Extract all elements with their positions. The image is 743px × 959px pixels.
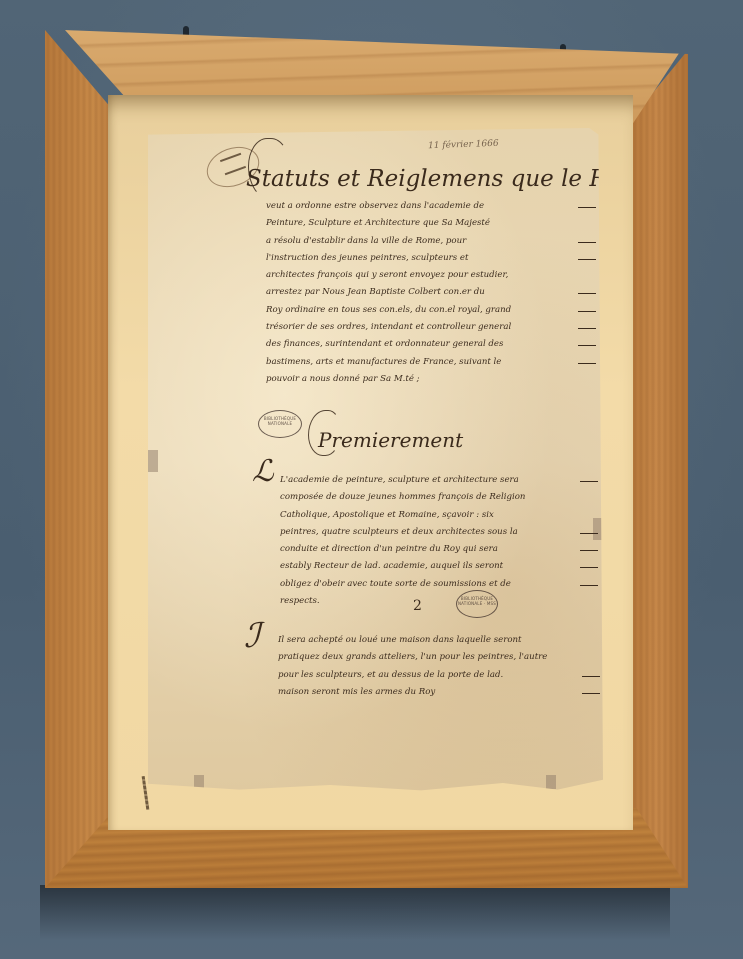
preamble-text: veut a ordonne estre observez dans l'aca…	[266, 198, 596, 388]
article-line: Catholique, Apostolique et Romaine, sçav…	[280, 507, 598, 524]
article-line: Il sera achepté ou loué une maison dans …	[278, 632, 600, 649]
article-line: peintres, quatre sculpteurs et deux arch…	[280, 524, 598, 541]
document-date: 11 février 1666	[428, 139, 499, 151]
preamble-line: bastimens, arts et manufactures de Franc…	[266, 354, 596, 371]
document-title: Statuts et Reiglemens que le Roy	[246, 166, 603, 192]
article-line: maison seront mis les armes du Roy	[278, 684, 600, 701]
drop-cap-I: ℐ	[244, 616, 260, 656]
preamble-line: l'instruction des jeunes peintres, sculp…	[266, 250, 596, 267]
preamble-line: pouvoir a nous donné par Sa M.té ;	[266, 371, 596, 388]
article-line: pratiquez deux grands atteliers, l'un po…	[278, 649, 600, 666]
preamble-line: a résolu d'establir dans la ville de Rom…	[266, 233, 596, 250]
library-stamp: BIBLIOTHÈQUE NATIONALE	[258, 410, 302, 438]
article-line: respects.	[280, 593, 598, 610]
article-2-text: Il sera achepté ou loué une maison dans …	[278, 632, 600, 701]
frame-shadow	[40, 885, 670, 940]
frame-right-rail	[626, 50, 688, 888]
article-line: conduite et direction d'un peintre du Ro…	[280, 541, 598, 558]
section-heading: Premierement	[318, 428, 463, 452]
library-stamp: BIBLIOTHÈQUE NATIONALE · MSS	[456, 590, 498, 618]
article-number: 2	[413, 598, 422, 614]
article-line: obligez d'obeir avec toute sorte de soum…	[280, 576, 598, 593]
article-1-text: L'academie de peinture, sculpture et arc…	[280, 472, 598, 610]
hinge-tape-left	[148, 450, 158, 472]
hinge-tape-bottom-right	[546, 775, 556, 789]
preamble-line: trésorier de ses ordres, intendant et co…	[266, 319, 596, 336]
preamble-line: veut a ordonne estre observez dans l'aca…	[266, 198, 596, 215]
article-line: composée de douze jeunes hommes françois…	[280, 489, 598, 506]
preamble-line: arrestez par Nous Jean Baptiste Colbert …	[266, 284, 596, 301]
article-line: estably Recteur de lad. academie, auquel…	[280, 558, 598, 575]
preamble-line: des finances, surintendant et ordonnateu…	[266, 336, 596, 353]
preamble-line: Peinture, Sculpture et Architecture que …	[266, 215, 596, 232]
article-line: pour les sculpteurs, et au dessus de la …	[278, 667, 600, 684]
manuscript-page: 11 février 1666 Statuts et Reiglemens qu…	[148, 128, 603, 793]
article-line: L'academie de peinture, sculpture et arc…	[280, 472, 598, 489]
drop-cap-L: ℒ	[252, 454, 274, 489]
preamble-line: Roy ordinaire en tous ses con.els, du co…	[266, 302, 596, 319]
preamble-line: architectes françois qui y seront envoye…	[266, 267, 596, 284]
